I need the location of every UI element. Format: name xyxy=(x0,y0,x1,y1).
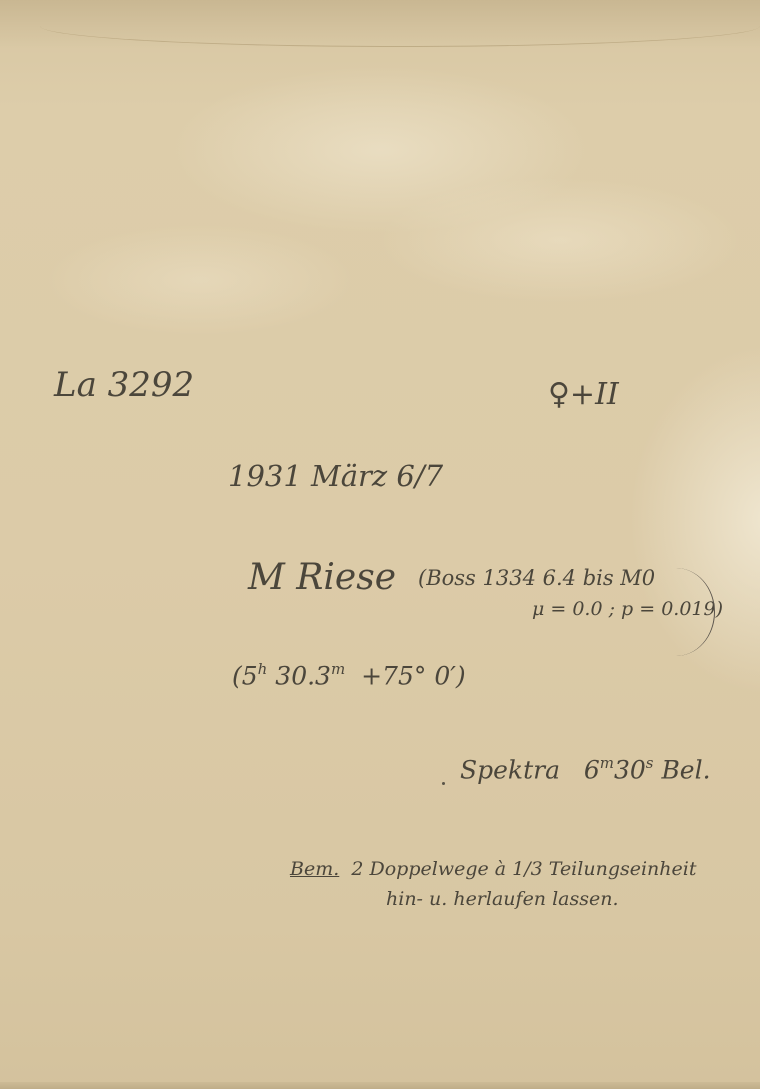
ra-hours: 5 xyxy=(242,662,258,691)
ra-minutes-unit: m xyxy=(331,660,345,678)
ink-dot xyxy=(442,782,445,785)
bottom-edge xyxy=(0,1082,760,1089)
remark-line2: hin- u. herlaufen lassen. xyxy=(386,890,619,909)
closing-bracket xyxy=(650,568,715,656)
object-details-line1: (Boss 1334 6.4 bis M0 xyxy=(418,568,655,589)
ra-minutes: 30.3 xyxy=(275,662,331,691)
remark-prefix: Bem. xyxy=(290,858,339,880)
observation-date: 1931 März 6/7 xyxy=(228,462,443,491)
plate-mark: ♀+II xyxy=(548,380,619,410)
exposure-suffix: Bel. xyxy=(661,756,710,785)
remark-line1: Bem. 2 Doppelwege à 1/3 Teilungseinheit xyxy=(290,860,696,879)
dec-minutes: 0 xyxy=(434,662,450,691)
paper-sleeve: La 3292 ♀+II 1931 März 6/7 M Riese (Boss… xyxy=(0,0,760,1089)
object-details-line1-text: (Boss 1334 6.4 bis M0 xyxy=(418,566,655,590)
exposure-label: Spektra xyxy=(460,756,560,785)
object-name: M Riese xyxy=(248,560,396,596)
dec-minutes-unit: ′ xyxy=(450,662,456,691)
exposure-seconds: 30 xyxy=(614,756,646,785)
exposure-seconds-unit: s xyxy=(646,754,654,772)
exposure: Spektra 6m30s Bel. xyxy=(460,756,711,783)
dec-degrees-unit: ° xyxy=(414,662,427,691)
coordinates: (5h 30.3m +75° 0′) xyxy=(232,662,466,689)
exposure-minutes-unit: m xyxy=(600,754,614,772)
exposure-minutes: 6 xyxy=(584,756,600,785)
ra-hours-unit: h xyxy=(258,660,268,678)
dec-degrees: +75 xyxy=(361,662,414,691)
remark-line1-text: 2 Doppelwege à 1/3 Teilungseinheit xyxy=(351,858,696,880)
catalog-number: La 3292 xyxy=(54,368,194,402)
